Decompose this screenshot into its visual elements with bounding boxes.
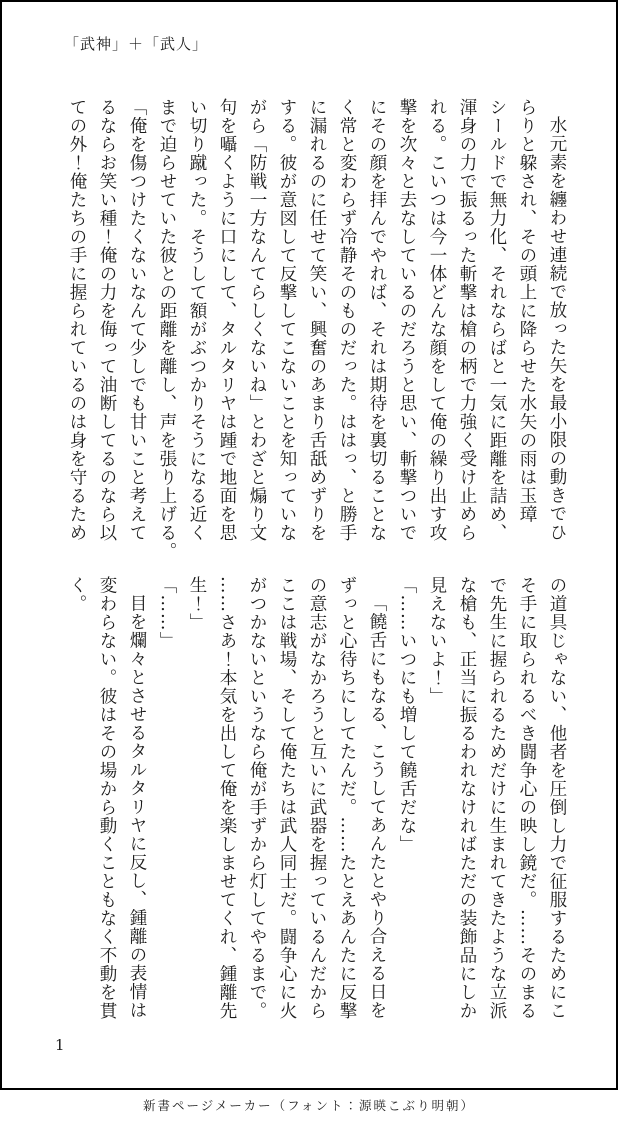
- text-column: れる。こいつは今一体どんな顔をして俺の繰り出す攻: [422, 98, 452, 566]
- text-column: 句を囁くように口にして、タルタリヤは踵で地面を思: [212, 98, 242, 566]
- text-column: らりと躱され、その頭上に降らせた水矢の雨は玉璋: [512, 98, 542, 566]
- text-column: に漏れるのに任せて笑い、興奮のあまり舌舐めずりを: [302, 98, 332, 566]
- text-column: がつかないというなら俺が手ずから灯してやるまで。: [242, 576, 272, 1044]
- generator-caption: 新書ページメーカー（フォント：源暎こぶり明朝）: [0, 1096, 618, 1114]
- text-column: で先生に握られるためだけに生まれてきたような立派: [482, 576, 512, 1044]
- text-block-upper: 水元素を纏わせ連続で放った矢を最小限の動きでひ らりと躱され、その頭上に降らせた…: [62, 98, 572, 566]
- page-title: 「武神」＋「武人」: [64, 33, 208, 54]
- text-block-lower: の道具じゃない、他者を圧倒し力で征服するためにこ そ手に取られるべき闘争心の映し…: [62, 576, 572, 1044]
- text-column: な槍も、正当に振るわれなければただの装飾品にしか: [452, 576, 482, 1044]
- novel-page-canvas: 「武神」＋「武人」 水元素を纏わせ連続で放った矢を最小限の動きでひ らりと躱され…: [0, 0, 618, 1132]
- text-column: 変わらない。彼はその場から動くこともなく不動を貫: [92, 576, 122, 1044]
- text-column: ての外！俺たちの手に握られているのは身を守るため: [62, 98, 92, 566]
- text-column: にその顔を拝んでやれば、それは期待を裏切ることな: [362, 98, 392, 566]
- text-column: 「……いつにも増して饒舌だな」: [392, 576, 422, 1044]
- text-column: の意志がなかろうと互いに武器を握っているんだから: [302, 576, 332, 1044]
- text-column: 渾身の力で振るった斬撃は槍の柄で力強く受け止めら: [452, 98, 482, 566]
- text-column: るならお笑い種！俺の力を侮って油断してるのなら以: [92, 98, 122, 566]
- text-column: する。彼が意図して反撃してこないことを知っていな: [272, 98, 302, 566]
- text-column: シールドで無力化、それならばと一気に距離を詰め、: [482, 98, 512, 566]
- text-column: 「……」: [152, 576, 182, 1044]
- text-column: 撃を次々と去なしているのだろうと思い、斬撃ついで: [392, 98, 422, 566]
- text-column: く常と変わらず冷静そのものだった。ははっ、と勝手: [332, 98, 362, 566]
- text-column: まで迫らせていた彼との距離を離し、声を張り上げる。: [152, 98, 182, 566]
- text-column: がら「防戦一方なんてらしくないね」とわざと煽り文: [242, 98, 272, 566]
- text-column: 「饒舌にもなる、こうしてあんたとやり合える日を: [362, 576, 392, 1044]
- text-column: ずっと心待ちにしてたんだ。……たとえあんたに反撃: [332, 576, 362, 1044]
- page-number: 1: [55, 1036, 65, 1054]
- text-column: い切り蹴った。そうして額がぶつかりそうになる近く: [182, 98, 212, 566]
- novel-page: 「武神」＋「武人」 水元素を纏わせ連続で放った矢を最小限の動きでひ らりと躱され…: [0, 0, 618, 1090]
- text-column: 見えないよ！」: [422, 576, 452, 1044]
- text-column: ……さあ！本気を出して俺を楽しませてくれ、鍾離先: [212, 576, 242, 1044]
- text-column: 生！」: [182, 576, 212, 1044]
- text-column: 水元素を纏わせ連続で放った矢を最小限の動きでひ: [542, 98, 572, 566]
- text-column: 「俺を傷つけたくないなんて少しでも甘いこと考えて: [122, 98, 152, 566]
- text-column: の道具じゃない、他者を圧倒し力で征服するためにこ: [542, 576, 572, 1044]
- text-column: ここは戦場、そして俺たちは武人同士だ。闘争心に火: [272, 576, 302, 1044]
- text-column: そ手に取られるべき闘争心の映し鏡だ。……そのまる: [512, 576, 542, 1044]
- text-column: 目を爛々とさせるタルタリヤに反し、鍾離の表情は: [122, 576, 152, 1044]
- text-column: く。: [62, 576, 92, 1044]
